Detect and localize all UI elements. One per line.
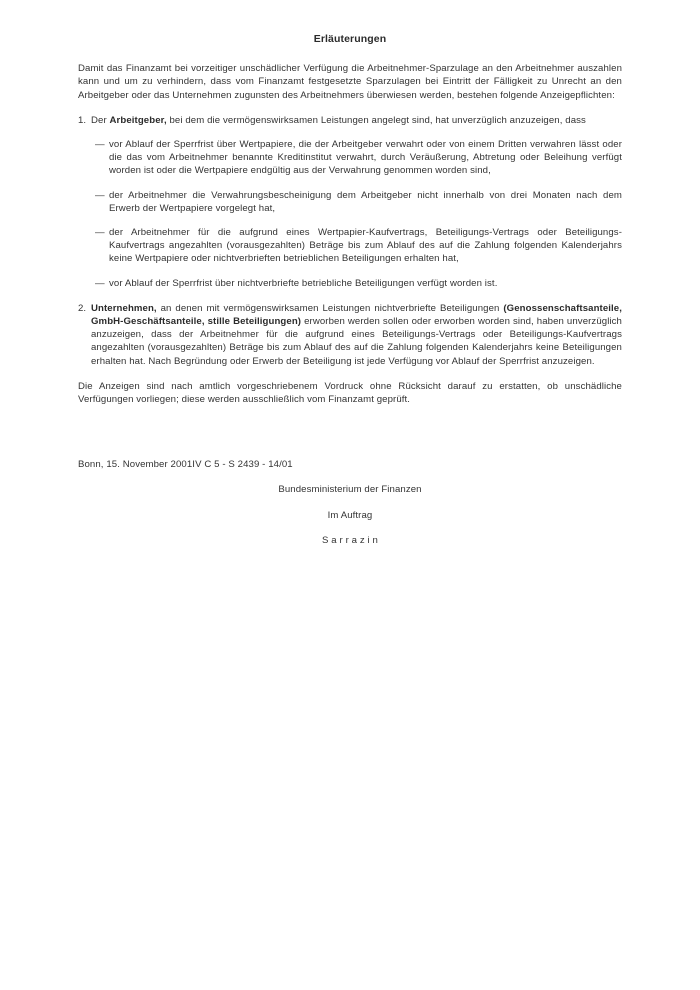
text-segment: bei dem die vermögenswirksamen Leistunge… xyxy=(167,115,586,126)
bullet-item: — der Arbeitnehmer die Verwahrungsbesche… xyxy=(95,189,622,215)
page-title: Erläuterungen xyxy=(78,33,622,46)
intro-paragraph: Damit das Finanzamt bei vorzeitiger unsc… xyxy=(78,62,622,102)
text-segment-bold: Unternehmen, xyxy=(91,303,157,314)
list-item-1: 1. Der Arbeitgeber, bei dem die vermögen… xyxy=(78,114,622,290)
bullet-item: — vor Ablauf der Sperrfrist über Wertpap… xyxy=(95,138,622,178)
dash-marker: — xyxy=(95,277,109,290)
document-page: Erläuterungen Damit das Finanzamt bei vo… xyxy=(0,0,700,990)
bullet-text: vor Ablauf der Sperrfrist über Wertpapie… xyxy=(109,138,622,178)
bullet-item: — vor Ablauf der Sperrfrist über nichtve… xyxy=(95,277,622,290)
item-1-lead: 1. Der Arbeitgeber, bei dem die vermögen… xyxy=(78,114,622,127)
text-segment: Der xyxy=(91,115,110,126)
place-date-reference: Bonn, 15. November 2001IV C 5 - S 2439 -… xyxy=(78,458,622,471)
item-2-lead: 2. Unternehmen, an denen mit vermögenswi… xyxy=(78,302,622,368)
list-item-2: 2. Unternehmen, an denen mit vermögenswi… xyxy=(78,302,622,368)
item-1-number: 1. xyxy=(78,114,91,127)
dash-marker: — xyxy=(95,226,109,266)
ministry-line: Bundesministerium der Finanzen xyxy=(78,483,622,496)
bullet-text: der Arbeitnehmer für die aufgrund eines … xyxy=(109,226,622,266)
text-segment: an denen mit vermögenswirksamen Leistung… xyxy=(157,303,504,314)
bullet-text: vor Ablauf der Sperrfrist über nichtverb… xyxy=(109,277,622,290)
closing-paragraph: Die Anzeigen sind nach amtlich vorgeschr… xyxy=(78,380,622,406)
bullet-item: — der Arbeitnehmer für die aufgrund eine… xyxy=(95,226,622,266)
dash-marker: — xyxy=(95,138,109,178)
dash-marker: — xyxy=(95,189,109,215)
text-segment-bold: Arbeitgeber, xyxy=(110,115,167,126)
document-footer: Bonn, 15. November 2001IV C 5 - S 2439 -… xyxy=(78,458,622,547)
document-content: Erläuterungen Damit das Finanzamt bei vo… xyxy=(78,33,622,547)
bullet-text: der Arbeitnehmer die Verwahrungsbeschein… xyxy=(109,189,622,215)
on-behalf-line: Im Auftrag xyxy=(78,509,622,522)
signature-line: S a r r a z i n xyxy=(78,534,622,547)
item-2-lead-text: Unternehmen, an denen mit vermögenswirks… xyxy=(91,302,622,368)
item-2-number: 2. xyxy=(78,302,91,368)
item-1-lead-text: Der Arbeitgeber, bei dem die vermögenswi… xyxy=(91,114,622,127)
